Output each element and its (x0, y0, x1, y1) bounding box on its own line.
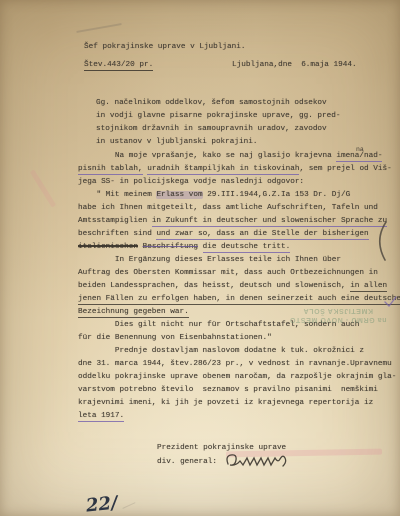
text-line: oddelku pokrajinske uprave obenem naroča… (78, 371, 400, 384)
address-block: Gg. načelnikom oddelkov, šefom samostojn… (96, 97, 341, 149)
signature-title-line2: div. general: (157, 456, 217, 469)
text-line: italienischen Beschriftung die deutsche … (78, 241, 400, 254)
text-line: Amtsstampiglien in Zukunft in deutscher … (78, 215, 400, 228)
place-and-date: Ljubljana,dne 6.maja 1944. (232, 59, 357, 72)
handwritten-signature (224, 450, 292, 472)
document-body: Na moje vprašanje, kako se naj glasijo k… (78, 150, 400, 423)
address-line: in ustanov v ljubljanski pokrajini. (96, 136, 341, 149)
text-line: " Mit meinem Erlass vom 29.III.1944,G.Z.… (78, 189, 400, 202)
text-line: krajevnimi imeni, ki jih je povzeti iz k… (78, 397, 400, 410)
text-line: jenen Fällen zu erfolgen haben, in denen… (78, 293, 400, 306)
stamp-line-2: na GRMU - NOVO MESTO (282, 315, 394, 324)
address-line: stojnikom državnih in samoupravnih urado… (96, 123, 341, 136)
text-line: pisnih tablah, uradnih štampiljkah in ti… (78, 163, 400, 176)
bottom-faint-mark (122, 502, 135, 509)
address-line: in vodji glavne pisarne pokrajinske upra… (96, 110, 341, 123)
text-line: Prednje dostavljam naslovom dodatne k tu… (78, 345, 400, 358)
bottom-margin-note: 22/ (85, 492, 119, 516)
text-line: leta 1917. (78, 410, 400, 423)
typed-insertion-na: na (356, 146, 364, 153)
pink-stain (30, 169, 56, 207)
text-line: beschriften sind und zwar so, dass an di… (78, 228, 400, 241)
text-line: In Ergänzung dieses Erlasses teile ich I… (78, 254, 400, 267)
text-line: Auftrag des Obersten Kommissar mit, dass… (78, 267, 400, 280)
text-line: beiden Landessprachen, das heisst, deuts… (78, 280, 400, 293)
text-line: Na moje vprašanje, kako se naj glasijo k… (78, 150, 400, 163)
library-stamp: na GRMU - NOVO MESTO KMETIJSKA ŠOLA (282, 306, 394, 324)
stamp-line-1: KMETIJSKA ŠOLA (282, 306, 394, 315)
text-line: dne 31. marca 1944, štev.286/23 pr., v v… (78, 358, 400, 371)
margin-parenthesis-mark (372, 220, 390, 262)
text-line: für die Benennung von Eisenbahnstationen… (78, 332, 400, 345)
text-line: varstvom potrebno število seznamov s pra… (78, 384, 400, 397)
text-line: jega SS- in policijskega vodje naslednji… (78, 176, 400, 189)
pencil-stroke-mark (76, 23, 122, 33)
reference-number: Štev.443/20 pr. (84, 59, 153, 72)
typewritten-letter-page: Šef pokrajinske uprave v Ljubljani. Štev… (0, 0, 400, 516)
address-line: Gg. načelnikom oddelkov, šefom samostojn… (96, 97, 341, 110)
text-line: habe ich Ihnen mitgeteilt, dass amtliche… (78, 202, 400, 215)
letterhead-office-line: Šef pokrajinske uprave v Ljubljani. (84, 41, 245, 54)
